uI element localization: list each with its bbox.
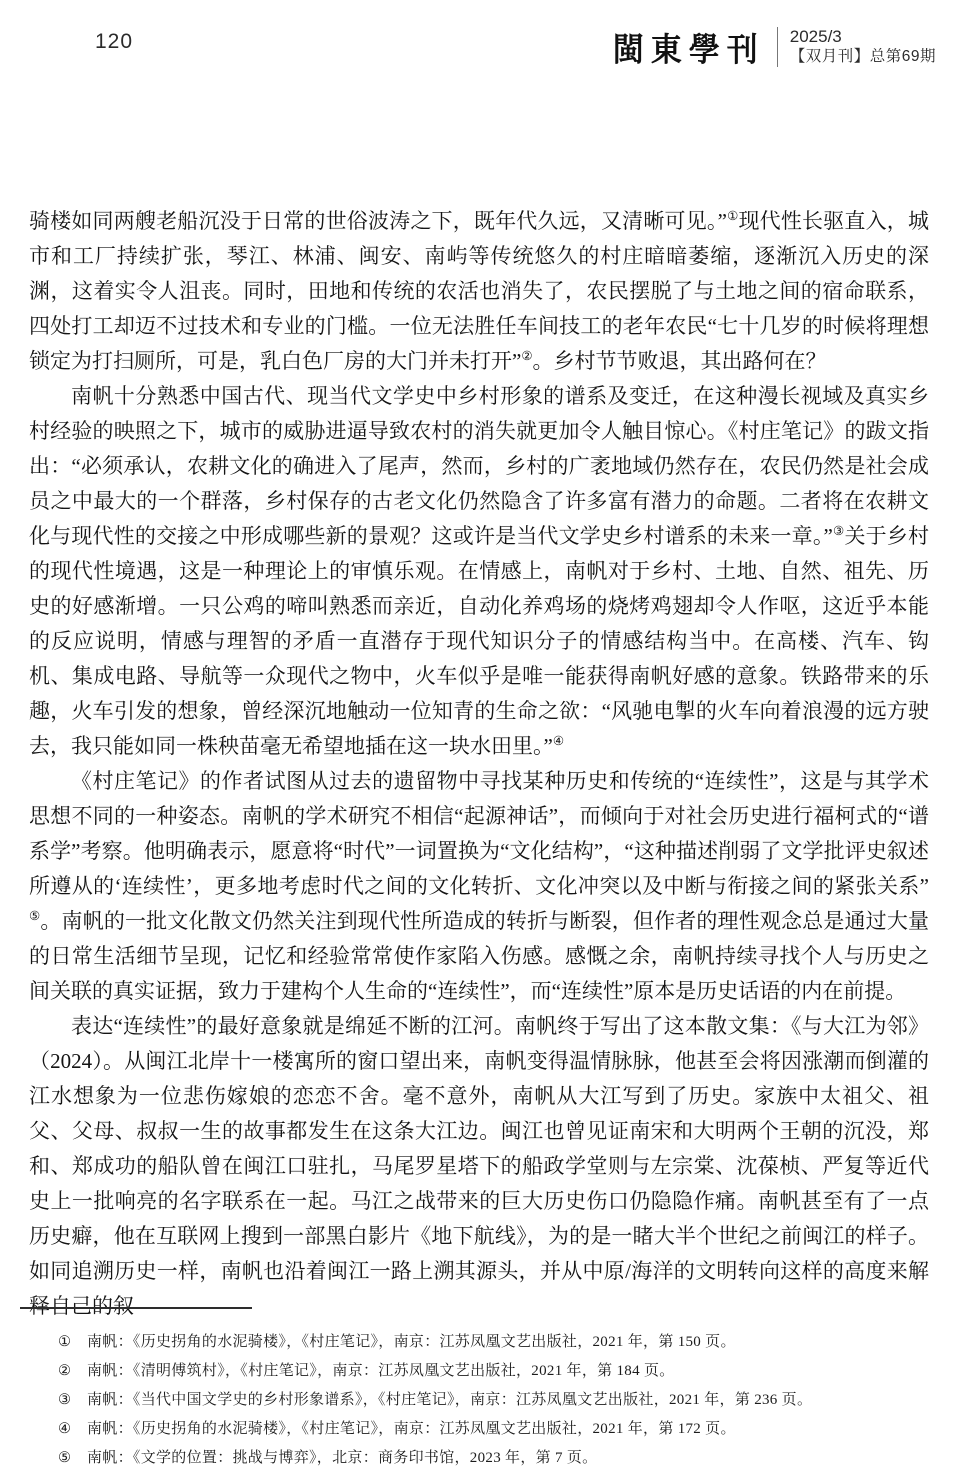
footnote-marker: ③ — [58, 1386, 71, 1415]
text-run: 关于乡村的现代性境遇，这是一种理论上的审慎乐观。在情感上，南帆对于乡村、土地、自… — [29, 524, 929, 758]
footnote-ref: ② — [521, 349, 532, 363]
footnote-marker: ④ — [58, 1415, 71, 1444]
footnote-ref: ④ — [553, 734, 564, 748]
page-number: 120 — [95, 30, 133, 54]
issue-frequency-volume: 【双月刊】总第69期 — [790, 47, 936, 66]
footnote-separator — [20, 1307, 252, 1309]
journal-header: 閩東學刊 2025/3 【双月刊】总第69期 — [613, 24, 936, 69]
footnotes-section: ①南帆：《历史拐角的水泥骑楼》，《村庄笔记》，南京：江苏凤凰文艺出版社，2021… — [28, 1328, 933, 1473]
paragraph: 骑楼如同两艘老船沉没于日常的世俗波涛之下，既年代久远，又清晰可见。”①现代性长驱… — [29, 204, 929, 379]
footnote-row: ①南帆：《历史拐角的水泥骑楼》，《村庄笔记》，南京：江苏凤凰文艺出版社，2021… — [28, 1328, 933, 1357]
footnote-text: 南帆：《当代中国文学史的乡村形象谱系》，《村庄笔记》，南京：江苏凤凰文艺出版社，… — [87, 1386, 933, 1415]
paragraph: 南帆十分熟悉中国古代、现当代文学史中乡村形象的谱系及变迁，在这种漫长视域及真实乡… — [29, 379, 929, 764]
text-run: 表达“连续性”的最好意象就是绵延不断的江河。南帆终于写出了这本散文集：《与大江为… — [29, 1014, 929, 1318]
footnote-ref: ⑤ — [29, 909, 40, 923]
footnote-text: 南帆：《历史拐角的水泥骑楼》，《村庄笔记》，南京：江苏凤凰文艺出版社，2021 … — [87, 1415, 933, 1444]
footnote-row: ②南帆：《清明傅筑村》，《村庄笔记》，南京：江苏凤凰文艺出版社，2021 年，第… — [28, 1357, 933, 1386]
text-run: 《村庄笔记》的作者试图从过去的遗留物中寻找某种历史和传统的“连续性”，这是与其学… — [29, 769, 929, 898]
footnote-marker: ① — [58, 1328, 71, 1357]
article-body: 骑楼如同两艘老船沉没于日常的世俗波涛之下，既年代久远，又清晰可见。”①现代性长驱… — [29, 204, 929, 1324]
text-run: 。乡村节节败退，其出路何在？ — [533, 349, 827, 373]
issue-block: 2025/3 【双月刊】总第69期 — [790, 27, 936, 66]
footnote-text: 南帆：《清明傅筑村》，《村庄笔记》，南京：江苏凤凰文艺出版社，2021 年，第 … — [87, 1357, 933, 1386]
paragraph: 表达“连续性”的最好意象就是绵延不断的江河。南帆终于写出了这本散文集：《与大江为… — [29, 1009, 929, 1324]
text-run: 。南帆的一批文化散文仍然关注到现代性所造成的转折与断裂，但作者的理性观念总是通过… — [29, 909, 929, 1003]
footnote-ref: ③ — [833, 524, 845, 538]
journal-name: 閩東學刊 — [613, 23, 765, 70]
header-divider — [777, 27, 778, 67]
footnote-marker: ② — [58, 1357, 71, 1386]
footnote-row: ③南帆：《当代中国文学史的乡村形象谱系》，《村庄笔记》，南京：江苏凤凰文艺出版社… — [28, 1386, 933, 1415]
footnote-row: ⑤南帆：《文学的位置：挑战与博弈》，北京：商务印书馆，2023 年，第 7 页。 — [28, 1444, 933, 1473]
text-run: 南帆十分熟悉中国古代、现当代文学史中乡村形象的谱系及变迁，在这种漫长视域及真实乡… — [29, 384, 929, 548]
footnote-text: 南帆：《文学的位置：挑战与博弈》，北京：商务印书馆，2023 年，第 7 页。 — [87, 1444, 933, 1473]
footnote-marker: ⑤ — [58, 1444, 71, 1473]
footnote-row: ④南帆：《历史拐角的水泥骑楼》，《村庄笔记》，南京：江苏凤凰文艺出版社，2021… — [28, 1415, 933, 1444]
footnote-ref: ① — [727, 209, 739, 223]
issue-year-number: 2025/3 — [790, 27, 936, 47]
footnote-text: 南帆：《历史拐角的水泥骑楼》，《村庄笔记》，南京：江苏凤凰文艺出版社，2021 … — [87, 1328, 933, 1357]
paragraph: 《村庄笔记》的作者试图从过去的遗留物中寻找某种历史和传统的“连续性”，这是与其学… — [29, 764, 929, 1009]
text-run: 骑楼如同两艘老船沉没于日常的世俗波涛之下，既年代久远，又清晰可见。” — [29, 209, 727, 233]
